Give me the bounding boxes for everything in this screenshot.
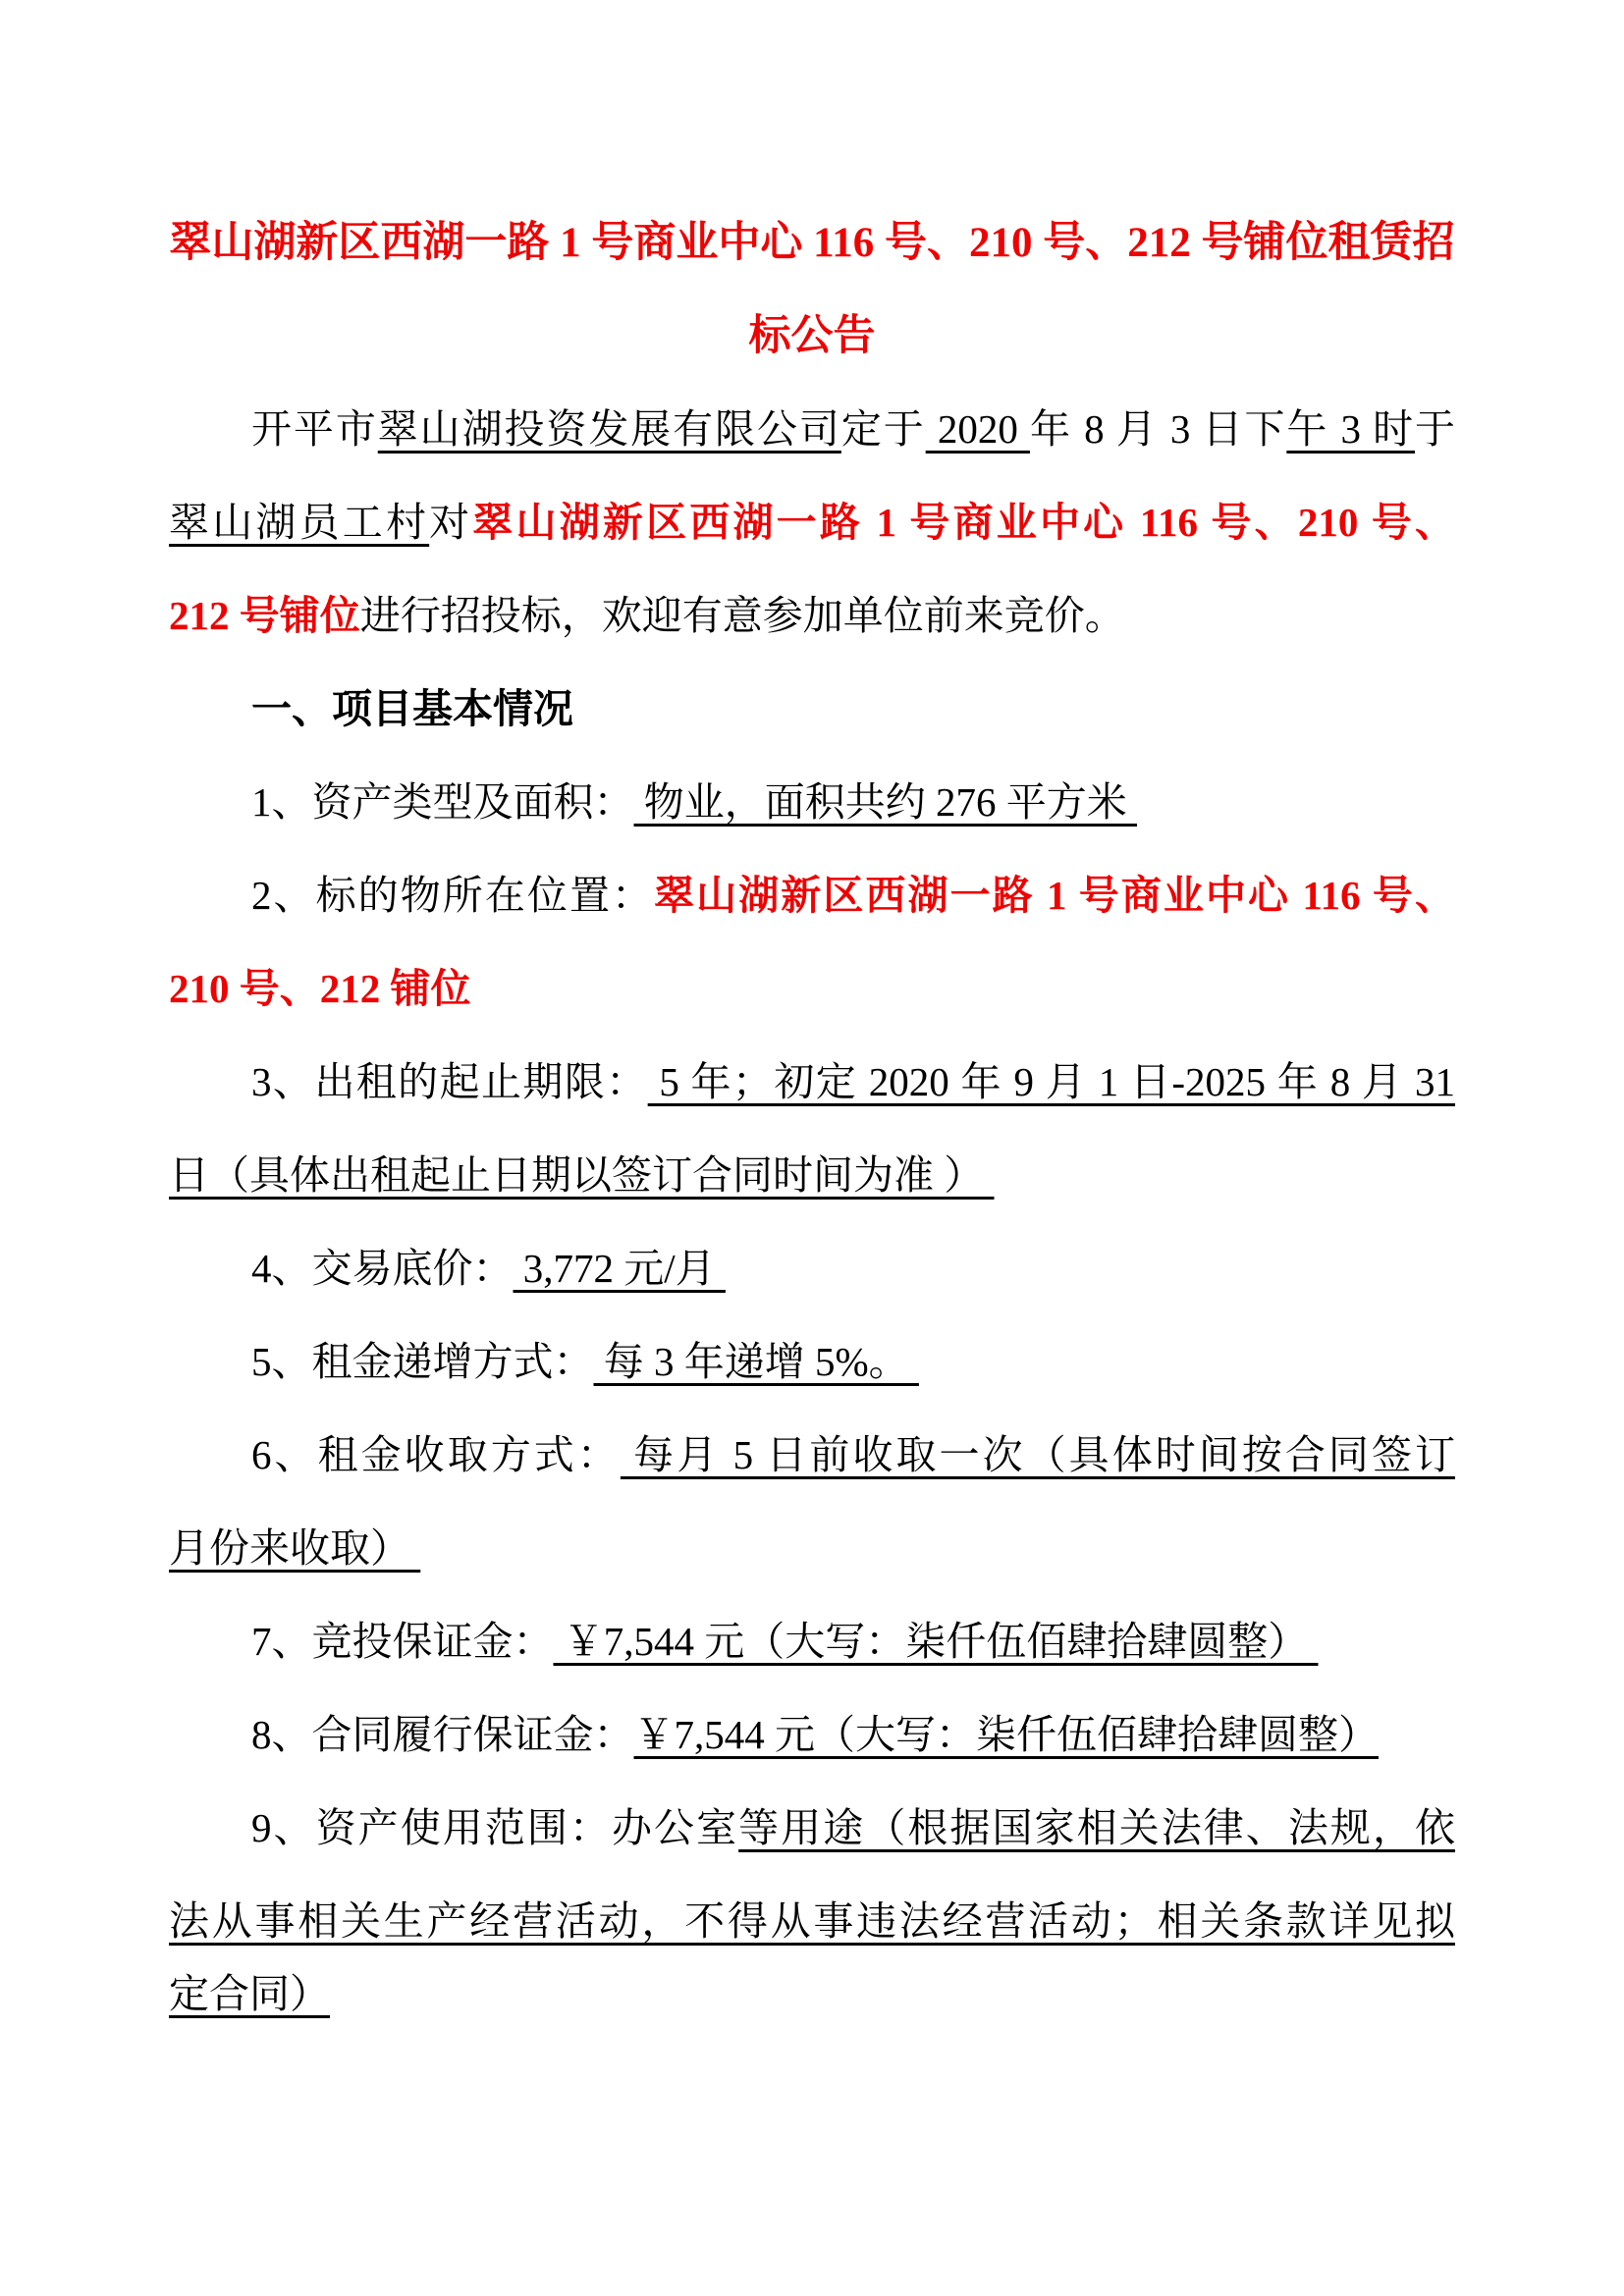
doc-line: 开平市翠山湖投资发展有限公司定于 2020 年 8 月 3 日下午 3 时于: [169, 383, 1455, 476]
text-segment: 5、租金递增方式：: [251, 1339, 594, 1384]
text-segment: 2020: [926, 406, 1030, 452]
text-segment: 3、出租的起止期限：: [251, 1059, 648, 1104]
doc-line: 定合同）: [169, 1968, 1455, 2029]
text-segment: 对: [429, 500, 472, 545]
text-segment: 翠山湖员工村: [169, 500, 429, 545]
text-segment: 每月 5 日前收取一次（具体时间按合同签订: [621, 1432, 1455, 1477]
text-segment: 法从事相关生产经营活动，不得从事违法经营活动；相关条款详见拟: [169, 1898, 1455, 1944]
document-body: 翠山湖新区西湖一路 1 号商业中心 116 号、210 号、212 号铺位租赁招…: [169, 196, 1455, 2029]
text-segment: 翠山湖新区西湖一路 1 号商业中心 116 号、210 号、: [472, 500, 1455, 545]
text-segment: 一、项目基本情况: [251, 686, 573, 731]
text-segment: 定合同）: [169, 1971, 330, 2016]
text-segment: 翠山湖新区西湖一路 1 号商业中心 116 号、: [654, 873, 1455, 918]
text-segment: 于: [1415, 406, 1455, 452]
text-segment: 开平市: [251, 406, 378, 452]
doc-line: 1、资产类型及面积： 物业，面积共约 276 平方米: [169, 756, 1455, 849]
text-segment: 等用途（根据国家相关法律、法规，依: [738, 1805, 1455, 1850]
doc-line: 月份来收取）: [169, 1502, 1455, 1595]
doc-title-line: 标公告: [169, 290, 1455, 383]
doc-line: 翠山湖员工村对翠山湖新区西湖一路 1 号商业中心 116 号、210 号、: [169, 476, 1455, 569]
doc-line: 4、交易底价： 3,772 元/月: [169, 1222, 1455, 1315]
document-page: 翠山湖新区西湖一路 1 号商业中心 116 号、210 号、212 号铺位租赁招…: [0, 0, 1624, 2296]
doc-line: 5、租金递增方式： 每 3 年递增 5%。: [169, 1315, 1455, 1409]
text-segment: ￥7,544 元（大写：柒仟伍佰肆拾肆圆整）: [554, 1619, 1319, 1664]
text-segment: 每 3 年递增 5%。: [594, 1339, 919, 1384]
text-segment: 日（具体出租起止日期以签订合同时间为准 ）: [169, 1152, 995, 1198]
text-segment: ￥7,544 元（大写：柒仟伍佰肆拾肆圆整）: [634, 1712, 1380, 1757]
text-segment: 6、租金收取方式：: [251, 1432, 621, 1477]
doc-line: 212 号铺位进行招投标，欢迎有意参加单位前来竞价。: [169, 569, 1455, 663]
text-segment: 4、交易底价：: [251, 1246, 514, 1291]
doc-line: 9、资产使用范围：办公室等用途（根据国家相关法律、法规，依: [169, 1782, 1455, 1875]
text-segment: 标公告: [749, 313, 876, 359]
doc-line: 法从事相关生产经营活动，不得从事违法经营活动；相关条款详见拟: [169, 1875, 1455, 1968]
text-segment: 5 年；初定 2020 年 9 月 1 日-2025 年 8 月 31: [648, 1059, 1455, 1104]
doc-line: 3、出租的起止期限： 5 年；初定 2020 年 9 月 1 日-2025 年 …: [169, 1036, 1455, 1129]
text-segment: 翠山湖新区西湖一路 1 号商业中心 116 号、210 号、212 号铺位租赁招: [169, 220, 1454, 266]
text-segment: 7、竞投保证金：: [251, 1619, 554, 1664]
text-segment: 8、合同履行保证金：: [251, 1712, 634, 1757]
text-segment: 2、标的物所在位置：: [251, 873, 654, 918]
text-segment: 212 号铺位: [169, 593, 360, 638]
text-segment: 9、资产使用范围：办公室: [251, 1805, 738, 1850]
text-segment: 进行招投标，欢迎有意参加单位前来竞价。: [360, 593, 1125, 638]
doc-line: 日（具体出租起止日期以签订合同时间为准 ）: [169, 1129, 1455, 1222]
doc-line: 2、标的物所在位置：翠山湖新区西湖一路 1 号商业中心 116 号、: [169, 849, 1455, 942]
doc-line: 6、租金收取方式： 每月 5 日前收取一次（具体时间按合同签订: [169, 1409, 1455, 1502]
text-segment: 3,772 元/月: [514, 1246, 726, 1291]
doc-line: 一、项目基本情况: [169, 663, 1455, 756]
text-segment: 年 8 月 3 日下: [1030, 406, 1286, 452]
text-segment: 210 号、212 铺位: [169, 966, 471, 1011]
text-segment: 月份来收取）: [169, 1525, 420, 1571]
text-segment: 翠山湖投资发展有限公司: [378, 406, 841, 452]
text-segment: 物业，面积共约 276 平方米: [634, 779, 1138, 825]
doc-title-line: 翠山湖新区西湖一路 1 号商业中心 116 号、210 号、212 号铺位租赁招: [169, 196, 1455, 290]
text-segment: 定于: [841, 406, 926, 452]
text-segment: 1、资产类型及面积：: [251, 779, 634, 825]
doc-line: 7、竞投保证金： ￥7,544 元（大写：柒仟伍佰肆拾肆圆整）: [169, 1595, 1455, 1688]
doc-line: 210 号、212 铺位: [169, 942, 1455, 1036]
doc-line: 8、合同履行保证金：￥7,544 元（大写：柒仟伍佰肆拾肆圆整）: [169, 1688, 1455, 1782]
text-segment: 午 3 时: [1286, 406, 1415, 452]
